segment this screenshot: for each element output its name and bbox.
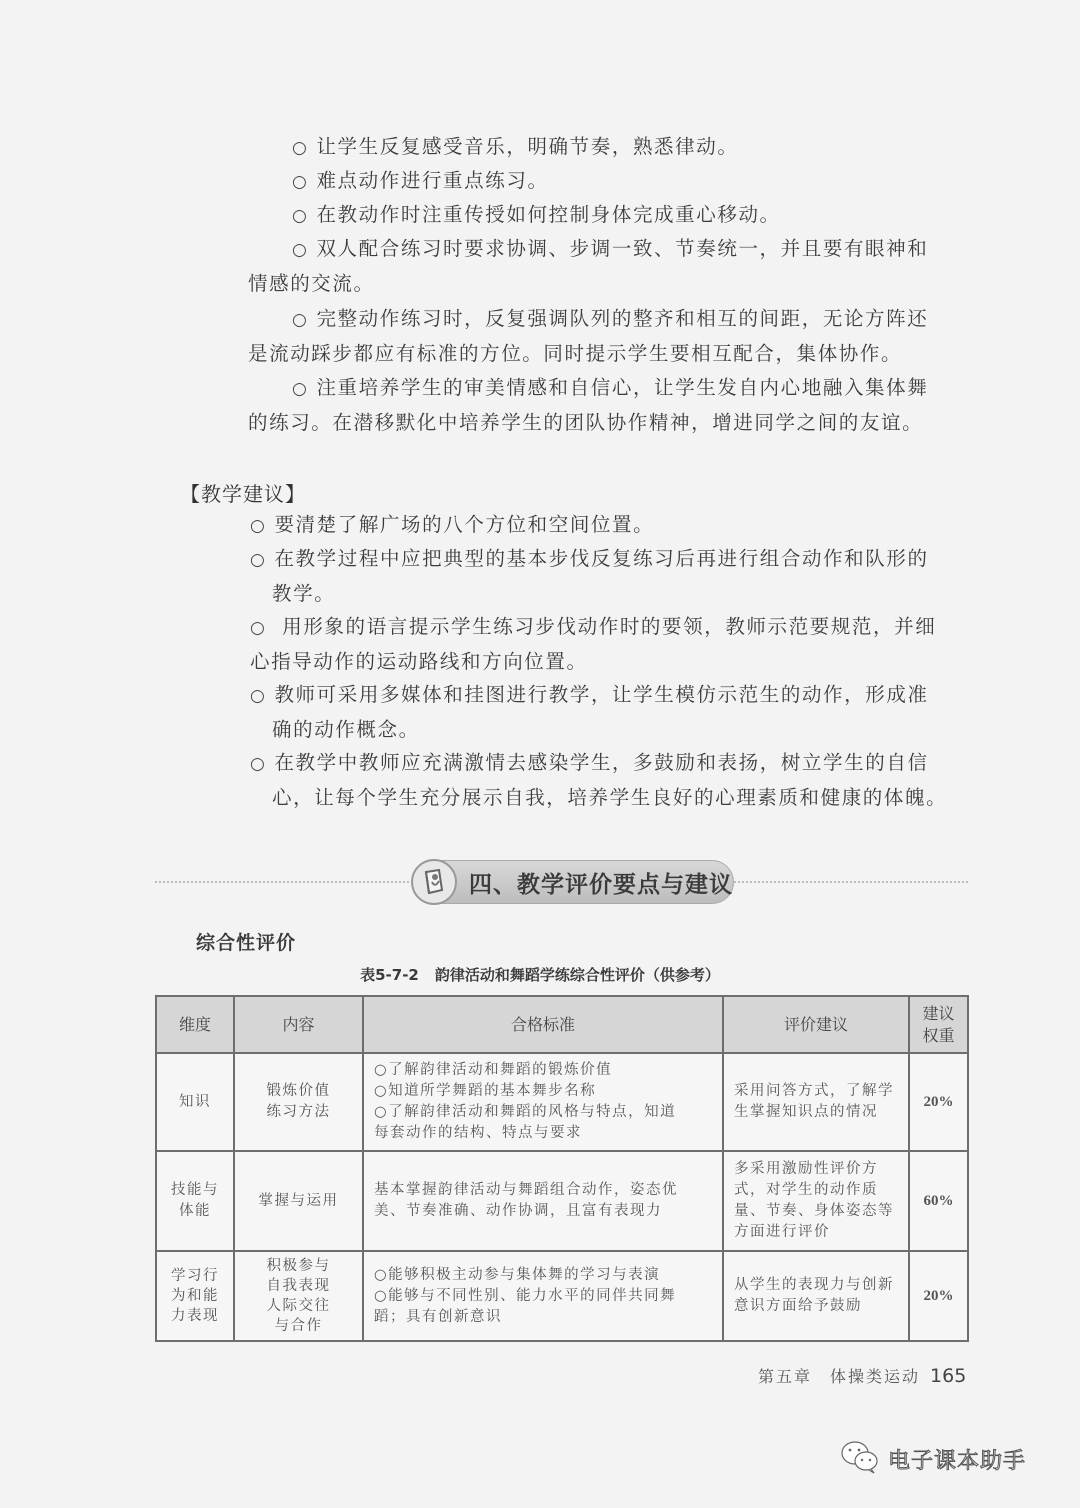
header-dimension: 维度 (156, 996, 234, 1053)
textbook-page: ○让学生反复感受音乐，明确节奏，熟悉律动。 ○难点动作进行重点练习。 ○在教动作… (0, 0, 1080, 1508)
page-footer: 第五章 体操类运动165 (758, 1364, 966, 1387)
bullet-circle-icon: ○ (250, 618, 266, 638)
cell-standard: 基本掌握韵律活动与舞蹈组合动作，姿态优美、节奏准确、动作协调，且富有表现力 (363, 1151, 723, 1251)
page-number: 165 (930, 1365, 966, 1387)
chapter-label: 第五章 体操类运动 (758, 1367, 920, 1386)
cell-dimension: 学习行为和能力表现 (156, 1251, 234, 1341)
practice-point: ○让学生反复感受音乐，明确节奏，熟悉律动。 (248, 130, 968, 165)
cell-dimension: 技能与体能 (156, 1151, 234, 1251)
bullet-circle-icon: ○ (292, 206, 308, 226)
cell-advice: 从学生的表现力与创新意识方面给予鼓励 (723, 1251, 909, 1341)
practice-point: ○双人配合练习时要求协调、步调一致、节奏统一，并且要有眼神和情感的交流。 (248, 232, 968, 301)
subheading: 综合性评价 (196, 928, 296, 955)
bullet-circle-icon: ○ (250, 754, 266, 774)
table-row: 技能与体能 掌握与运用 基本掌握韵律活动与舞蹈组合动作，姿态优美、节奏准确、动作… (156, 1151, 968, 1251)
practice-point: ○完整动作练习时，反复强调队列的整齐和相互的间距，无论方阵还是流动踩步都应有标准… (248, 302, 968, 371)
cell-weight: 20% (909, 1251, 968, 1341)
cell-weight: 20% (909, 1053, 968, 1151)
table-row: 学习行为和能力表现 积极参与自我表现人际交往与合作 ○能够积极主动参与集体舞的学… (156, 1251, 968, 1341)
cell-dimension: 知识 (156, 1053, 234, 1151)
cell-standard: ○能够积极主动参与集体舞的学习与表演○能够与不同性别、能力水平的同伴共同舞蹈；具… (363, 1251, 723, 1341)
header-content: 内容 (234, 996, 363, 1053)
section-banner: 四、教学评价要点与建议 (412, 860, 734, 904)
suggestion-item: ○ 用形象的语言提示学生练习步伐动作时的要领，教师示范要规范，并细心指导动作的运… (250, 610, 972, 679)
teaching-suggestions-label: 【教学建议】 (180, 478, 306, 507)
cell-advice: 多采用激励性评价方式，对学生的动作质量、节奏、身体姿态等方面进行评价 (723, 1151, 909, 1251)
watermark: 电子课本助手 (840, 1440, 1026, 1478)
dotted-divider (155, 881, 413, 883)
header-standard: 合格标准 (363, 996, 723, 1053)
practice-point: ○难点动作进行重点练习。 (248, 164, 968, 199)
bullet-circle-icon: ○ (250, 686, 266, 706)
practice-point: ○在教动作时注重传授如何控制身体完成重心移动。 (248, 198, 968, 233)
watermark-text: 电子课本助手 (888, 1444, 1026, 1475)
suggestion-item: ○在教学过程中应把典型的基本步伐反复练习后再进行组合动作和队形的教学。 (250, 542, 972, 611)
suggestion-item: ○教师可采用多媒体和挂图进行教学，让学生模仿示范生的动作，形成准确的动作概念。 (250, 678, 972, 747)
cell-weight: 60% (909, 1151, 968, 1251)
cell-content: 积极参与自我表现人际交往与合作 (234, 1251, 363, 1341)
cell-standard: ○了解韵律活动和舞蹈的锻炼价值○知道所学舞蹈的基本舞步名称○了解韵律活动和舞蹈的… (363, 1053, 723, 1151)
header-weight: 建议权重 (909, 996, 968, 1053)
bullet-circle-icon: ○ (292, 310, 308, 330)
bullet-circle-icon: ○ (292, 138, 308, 158)
bullet-circle-icon: ○ (292, 240, 308, 260)
cell-advice: 采用问答方式，了解学生掌握知识点的情况 (723, 1053, 909, 1151)
table-caption: 表5-7-2韵律活动和舞蹈学练综合性评价（供参考） (0, 964, 1080, 985)
header-advice: 评价建议 (723, 996, 909, 1053)
suggestion-item: ○要清楚了解广场的八个方位和空间位置。 (250, 508, 972, 543)
wechat-icon (840, 1440, 880, 1478)
section-title: 四、教学评价要点与建议 (469, 866, 733, 899)
bullet-circle-icon: ○ (250, 516, 266, 536)
suggestion-item: ○在教学中教师应充满激情去感染学生，多鼓励和表扬，树立学生的自信心，让每个学生充… (250, 746, 972, 815)
evaluation-table: 维度 内容 合格标准 评价建议 建议权重 知识 锻炼价值练习方法 ○了解韵律活动… (155, 995, 969, 1342)
bullet-circle-icon: ○ (292, 379, 308, 399)
book-icon (411, 859, 457, 905)
cell-content: 掌握与运用 (234, 1151, 363, 1251)
practice-point: ○注重培养学生的审美情感和自信心，让学生发自内心地融入集体舞的练习。在潜移默化中… (248, 371, 968, 440)
dotted-divider (734, 881, 968, 883)
bullet-circle-icon: ○ (250, 550, 266, 570)
table-row: 知识 锻炼价值练习方法 ○了解韵律活动和舞蹈的锻炼价值○知道所学舞蹈的基本舞步名… (156, 1053, 968, 1151)
bullet-circle-icon: ○ (292, 172, 308, 192)
table-header-row: 维度 内容 合格标准 评价建议 建议权重 (156, 996, 968, 1053)
cell-content: 锻炼价值练习方法 (234, 1053, 363, 1151)
